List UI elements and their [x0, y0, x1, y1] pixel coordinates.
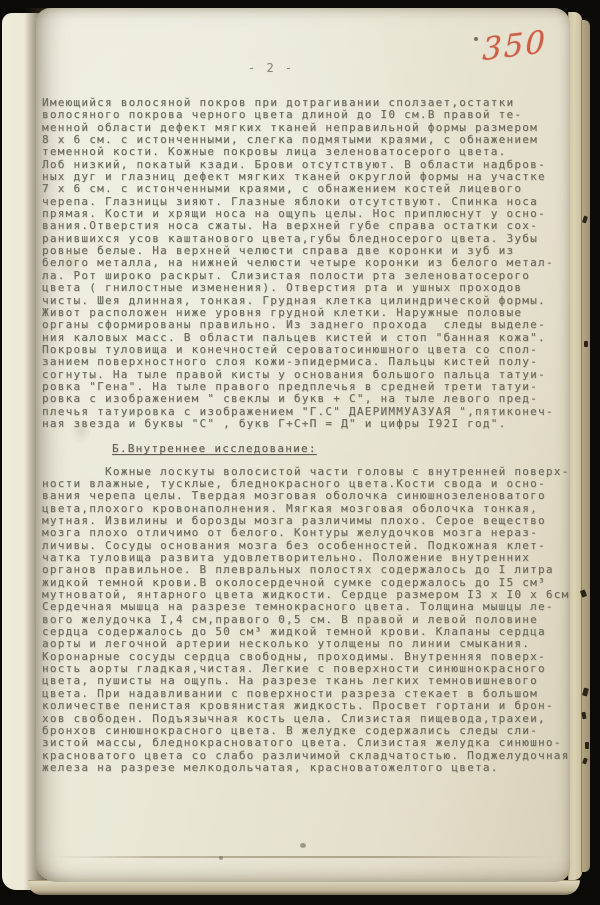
page-stack-right-outer [568, 12, 582, 880]
paper-crease [40, 856, 568, 858]
edge-ink-mark [585, 742, 589, 749]
typed-page-number: - 2 - [248, 61, 294, 75]
scanned-document-page: 350 - 2 - Имеющийся волосяной покров при… [0, 0, 600, 905]
internal-examination-section-header: Б.Внутреннее исследование: [112, 443, 569, 455]
edge-ink-mark [584, 341, 588, 347]
section-header-text: Б.Внутреннее исследование: [112, 442, 317, 455]
internal-examination-paragraph: Кожные лоскуты волосистой части головы с… [42, 466, 569, 775]
typed-text-block: Имеющийся волосяной покров при дотрагива… [42, 97, 569, 774]
external-examination-paragraph: Имеющийся волосяной покров при дотрагива… [42, 97, 569, 430]
page-stack-bottom [28, 880, 580, 895]
